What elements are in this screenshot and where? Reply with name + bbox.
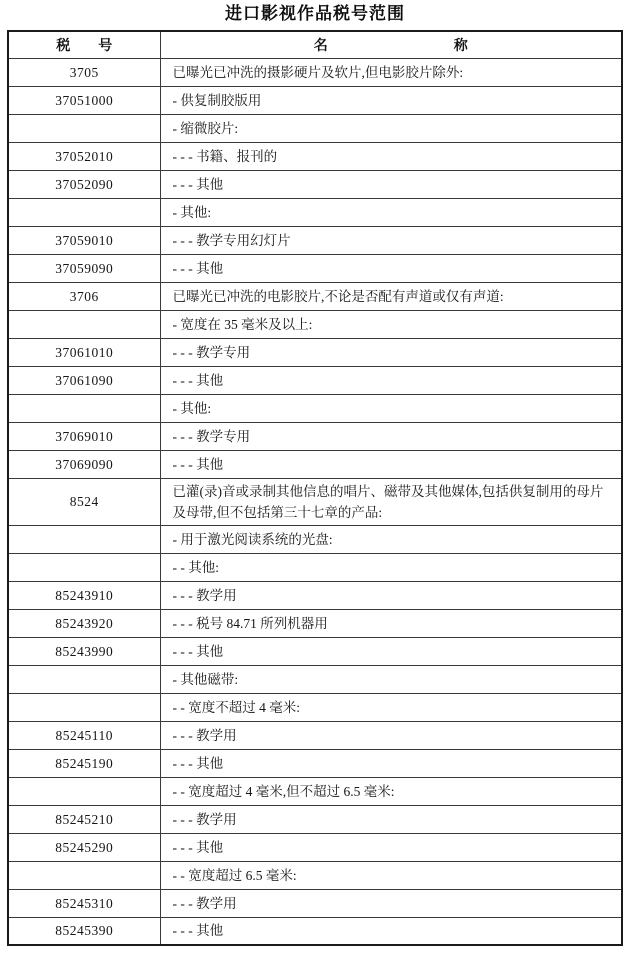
table-row: - 其他: <box>8 198 622 226</box>
tax-code-cell: 85245390 <box>8 917 160 945</box>
table-row: 37059010 - - - 教学专用幻灯片 <box>8 226 622 254</box>
name-cell: - - - 教学专用 <box>160 422 622 450</box>
table-row: - - 其他: <box>8 553 622 581</box>
tax-code-cell: 37069010 <box>8 422 160 450</box>
name-cell: - 宽度在 35 毫米及以上: <box>160 310 622 338</box>
header-row: 税 号 名 称 <box>8 31 622 58</box>
table-row: 37052010 - - - 书籍、报刊的 <box>8 142 622 170</box>
name-cell: - - - 教学用 <box>160 581 622 609</box>
tax-code-cell <box>8 394 160 422</box>
table-row: - 宽度在 35 毫米及以上: <box>8 310 622 338</box>
table-row: 37052090 - - - 其他 <box>8 170 622 198</box>
name-cell: - 其他磁带: <box>160 665 622 693</box>
tax-code-cell <box>8 114 160 142</box>
name-cell: - 其他: <box>160 198 622 226</box>
name-cell: - - - 其他 <box>160 833 622 861</box>
tax-code-cell <box>8 665 160 693</box>
tax-code-cell <box>8 693 160 721</box>
tax-code-cell: 37061010 <box>8 338 160 366</box>
table-row: - - 宽度不超过 4 毫米: <box>8 693 622 721</box>
name-cell: 已灌(录)音或录制其他信息的唱片、磁带及其他媒体,包括供复制用的母片及母带,但不… <box>160 478 622 525</box>
tax-code-cell: 37052090 <box>8 170 160 198</box>
table-row: - - 宽度超过 4 毫米,但不超过 6.5 毫米: <box>8 777 622 805</box>
tax-code-cell <box>8 861 160 889</box>
tax-code-cell: 3706 <box>8 282 160 310</box>
table-row: - 缩微胶片: <box>8 114 622 142</box>
tax-code-cell: 3705 <box>8 58 160 86</box>
table-row: 85245190 - - - 其他 <box>8 749 622 777</box>
table-row: - 其他磁带: <box>8 665 622 693</box>
tax-code-cell: 37069090 <box>8 450 160 478</box>
tax-code-cell: 85243990 <box>8 637 160 665</box>
tax-code-cell: 85245190 <box>8 749 160 777</box>
tax-code-cell <box>8 777 160 805</box>
name-cell: - - - 教学专用幻灯片 <box>160 226 622 254</box>
table-row: 85245310 - - - 教学用 <box>8 889 622 917</box>
table-row: 37059090 - - - 其他 <box>8 254 622 282</box>
tax-code-cell: 85243910 <box>8 581 160 609</box>
table-row: 37051000 - 供复制胶版用 <box>8 86 622 114</box>
table-row: 37061010 - - - 教学专用 <box>8 338 622 366</box>
table-row: 3705 已曝光已冲洗的摄影硬片及软片,但电影胶片除外: <box>8 58 622 86</box>
table-row: 85243910 - - - 教学用 <box>8 581 622 609</box>
name-cell: - - - 其他 <box>160 637 622 665</box>
name-cell: - - 宽度超过 4 毫米,但不超过 6.5 毫米: <box>160 777 622 805</box>
tariff-table: 税 号 名 称 3705 已曝光已冲洗的摄影硬片及软片,但电影胶片除外: 370… <box>7 30 623 946</box>
table-row: 85245110 - - - 教学用 <box>8 721 622 749</box>
table-row: 37061090 - - - 其他 <box>8 366 622 394</box>
tax-code-cell <box>8 310 160 338</box>
table-row: - - 宽度超过 6.5 毫米: <box>8 861 622 889</box>
document-page: 进口影视作品税号范围 税 号 名 称 3705 已曝光已冲洗的摄影硬片及软片,但… <box>0 0 630 976</box>
table-row: - 用于激光阅读系统的光盘: <box>8 525 622 553</box>
table-body: 3705 已曝光已冲洗的摄影硬片及软片,但电影胶片除外: 37051000 - … <box>8 58 622 945</box>
name-cell: - - - 其他 <box>160 366 622 394</box>
tax-code-cell: 85243920 <box>8 609 160 637</box>
table-header: 税 号 名 称 <box>8 31 622 58</box>
table-row: 8524 已灌(录)音或录制其他信息的唱片、磁带及其他媒体,包括供复制用的母片及… <box>8 478 622 525</box>
name-cell: - 用于激光阅读系统的光盘: <box>160 525 622 553</box>
name-cell: 已曝光已冲洗的电影胶片,不论是否配有声道或仅有声道: <box>160 282 622 310</box>
name-cell: - 缩微胶片: <box>160 114 622 142</box>
header-name: 名 称 <box>160 31 622 58</box>
table-row: - 其他: <box>8 394 622 422</box>
name-cell: - - - 教学专用 <box>160 338 622 366</box>
name-cell: - - - 其他 <box>160 254 622 282</box>
header-tax-code: 税 号 <box>8 31 160 58</box>
table-row: 37069090 - - - 其他 <box>8 450 622 478</box>
tax-code-cell <box>8 553 160 581</box>
tax-code-cell: 37051000 <box>8 86 160 114</box>
tax-code-cell: 37059010 <box>8 226 160 254</box>
name-cell: - - - 书籍、报刊的 <box>160 142 622 170</box>
tax-code-cell <box>8 525 160 553</box>
name-cell: - - - 教学用 <box>160 721 622 749</box>
table-row: 37069010 - - - 教学专用 <box>8 422 622 450</box>
tax-code-cell: 85245210 <box>8 805 160 833</box>
name-cell: - 供复制胶版用 <box>160 86 622 114</box>
tax-code-cell: 37061090 <box>8 366 160 394</box>
name-cell: - - - 其他 <box>160 450 622 478</box>
table-row: 85245390 - - - 其他 <box>8 917 622 945</box>
table-row: 85243990 - - - 其他 <box>8 637 622 665</box>
name-cell: - - - 其他 <box>160 917 622 945</box>
name-cell: - - 其他: <box>160 553 622 581</box>
name-cell: - 其他: <box>160 394 622 422</box>
name-cell: - - - 税号 84.71 所列机器用 <box>160 609 622 637</box>
table-row: 85245290 - - - 其他 <box>8 833 622 861</box>
tax-code-cell: 85245310 <box>8 889 160 917</box>
tax-code-cell: 37059090 <box>8 254 160 282</box>
tax-code-cell: 8524 <box>8 478 160 525</box>
name-cell: - - - 教学用 <box>160 889 622 917</box>
name-cell: - - - 其他 <box>160 170 622 198</box>
name-cell: - - - 其他 <box>160 749 622 777</box>
tax-code-cell: 85245290 <box>8 833 160 861</box>
name-cell: - - - 教学用 <box>160 805 622 833</box>
table-row: 85245210 - - - 教学用 <box>8 805 622 833</box>
tax-code-cell <box>8 198 160 226</box>
table-row: 85243920 - - - 税号 84.71 所列机器用 <box>8 609 622 637</box>
name-cell: - - 宽度不超过 4 毫米: <box>160 693 622 721</box>
tax-code-cell: 85245110 <box>8 721 160 749</box>
table-row: 3706 已曝光已冲洗的电影胶片,不论是否配有声道或仅有声道: <box>8 282 622 310</box>
page-title: 进口影视作品税号范围 <box>0 3 630 25</box>
tax-code-cell: 37052010 <box>8 142 160 170</box>
name-cell: - - 宽度超过 6.5 毫米: <box>160 861 622 889</box>
name-cell: 已曝光已冲洗的摄影硬片及软片,但电影胶片除外: <box>160 58 622 86</box>
